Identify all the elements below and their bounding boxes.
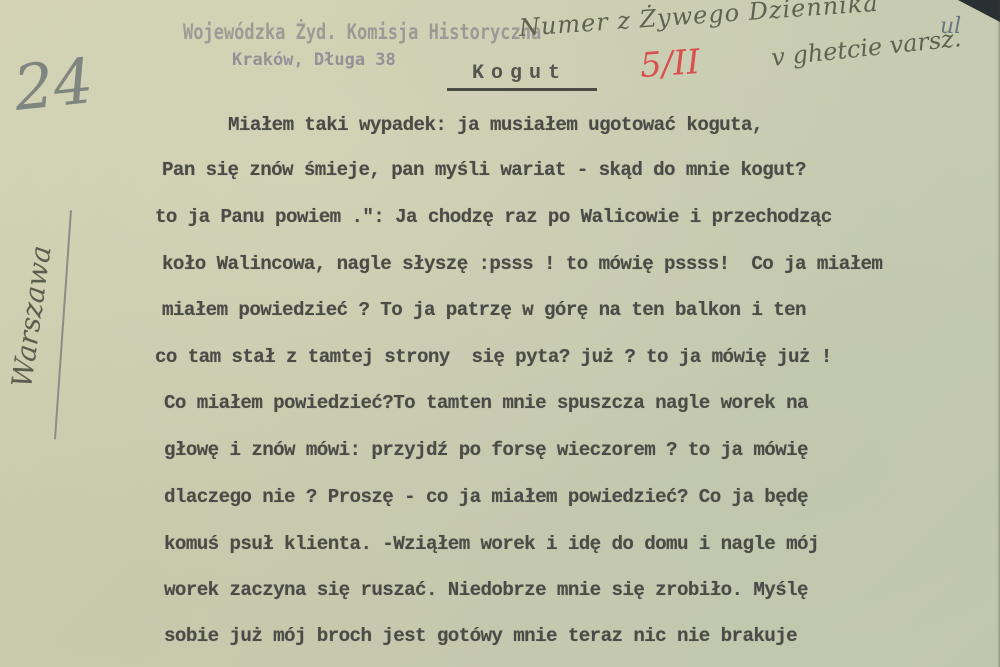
title-underline: [447, 88, 597, 91]
typed-line: głowę i znów mówi: przyjdź po forsę wiec…: [164, 439, 808, 461]
typed-line: komuś psuł klienta. -Wziąłem worek i idę…: [164, 533, 819, 555]
handwritten-side-note: Warszawa: [5, 243, 58, 389]
margin-pencil-line: [54, 210, 72, 440]
institution-stamp-line2: Kraków, Długa 38: [232, 50, 396, 70]
page-corner-background: [958, 0, 1000, 22]
typed-line: miałem powiedzieć ? To ja patrzę w górę …: [162, 299, 806, 321]
handwritten-note-line2: v ghetcie varsz.: [770, 24, 963, 72]
typed-line: Pan się znów śmieje, pan myśli wariat - …: [162, 159, 806, 181]
typed-line: to ja Panu powiem .": Ja chodzę raz po W…: [155, 206, 832, 228]
institution-stamp-line1: Wojewódzka Żyd. Komisja Historyczna: [183, 20, 541, 45]
typed-line: Co miałem powiedzieć?To tamten mnie spus…: [164, 392, 808, 414]
typed-line: co tam stał z tamtej strony się pyta? ju…: [155, 346, 832, 368]
scanned-typescript-page: Wojewódzka Żyd. Komisja Historyczna Krak…: [0, 0, 1000, 667]
typed-line: worek zaczyna się ruszać. Niedobrze mnie…: [164, 579, 808, 601]
typed-line: koło Walincowa, nagle słyszę :psss ! to …: [162, 253, 882, 275]
typed-line: sobie już mój broch jest gotówy mnie ter…: [164, 625, 797, 647]
handwritten-corner-mark: ul: [940, 14, 961, 39]
handwritten-note-line1: Numer z Żywego Dziennika: [518, 0, 879, 42]
document-title: Kogut: [472, 62, 567, 85]
red-pencil-mark: 5/II: [639, 42, 702, 86]
typed-line: dlaczego nie ? Proszę - co ja miałem pow…: [164, 486, 808, 508]
handwritten-page-number: 24: [10, 44, 96, 125]
typed-line: Miałem taki wypadek: ja musiałem ugotowa…: [228, 114, 763, 136]
